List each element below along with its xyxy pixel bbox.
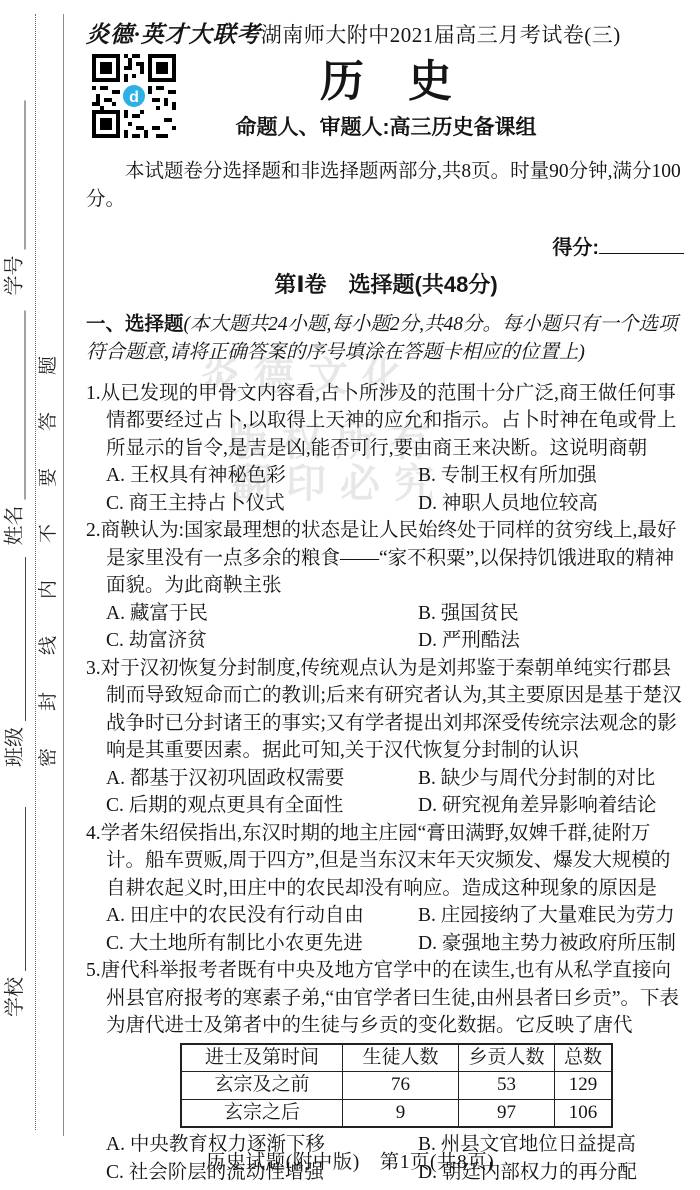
table-header-cell: 总数 — [555, 1044, 613, 1072]
school-field: 学校 — [2, 807, 26, 1017]
exam-notice: 本试题卷分选择题和非选择题两部分,共8页。时量90分钟,满分100分。 — [86, 158, 686, 214]
section-heading: 一、选择题(本大题共24小题,每小题2分,共48分。每小题只有一个选项符合题意,… — [86, 310, 686, 367]
table-cell: 玄宗之后 — [181, 1099, 343, 1127]
question-stem: 1.从已发现的甲骨文内容看,占卜所涉及的范围十分广泛,商王做任何事情都要经过占卜… — [86, 380, 686, 463]
option-c: C. 大土地所有制比小农更先进 — [106, 930, 418, 958]
option-row: A. 王权具有神秘色彩 B. 专制王权有所加强 — [106, 462, 686, 490]
seal-solid-rule — [63, 14, 64, 1136]
table-cell: 97 — [459, 1099, 555, 1127]
table-cell: 53 — [459, 1072, 555, 1100]
student-name-field: 姓名 — [2, 311, 26, 546]
jinshi-data-table: 进士及第时间 生徒人数 乡贡人数 总数 玄宗及之前 76 53 129 玄宗之后… — [180, 1043, 613, 1129]
student-name-label: 姓名 — [4, 506, 26, 546]
question-number: 1. — [86, 383, 101, 404]
question-text: 商鞅认为:国家最理想的状态是让人民始终处于同样的贫穷线上,最好是家里没有一点多余… — [101, 520, 677, 596]
exam-page: 炎德文化 版权所有 翻印必究 学号 姓名 班级 学校 密封线内不要答题 炎德·英… — [0, 0, 700, 1190]
option-c: C. 后期的观点更具有全面性 — [106, 792, 418, 820]
option-d: D. 严刑酷法 — [418, 627, 686, 655]
option-d: D. 研究视角差异影响着结论 — [418, 792, 686, 820]
question-3: 3.对于汉初恢复分封制度,传统观点认为是刘邦鉴于秦朝单纯实行郡县制而导致短命而亡… — [86, 655, 686, 820]
option-a: A. 藏富于民 — [106, 600, 418, 628]
question-stem: 5.唐代科举报考者既有中央及地方官学中的在读生,也有从私学直接向州县官府报考的寒… — [86, 957, 686, 1040]
question-stem: 4.学者朱绍侯指出,东汉时期的地主庄园“膏田满野,奴婢千群,徒附万计。船车贾贩,… — [86, 820, 686, 903]
option-a: A. 王权具有神秘色彩 — [106, 462, 418, 490]
option-row: C. 劫富济贫 D. 严刑酷法 — [106, 627, 686, 655]
exam-header-line: 炎德·英才大联考湖南师大附中2021届高三月考试卷(三) — [86, 16, 686, 49]
question-text: 从已发现的甲骨文内容看,占卜所涉及的范围十分广泛,商王做任何事情都要经过占卜,以… — [101, 383, 677, 459]
question-list: 1.从已发现的甲骨文内容看,占卜所涉及的范围十分广泛,商王做任何事情都要经过占卜… — [86, 380, 686, 1187]
option-row: A. 田庄中的农民没有行动自由 B. 庄园接纳了大量难民为劳力 — [106, 902, 686, 930]
table-header-cell: 生徒人数 — [343, 1044, 459, 1072]
score-blank-line — [599, 235, 684, 254]
option-row: C. 后期的观点更具有全面性 D. 研究视角差异影响着结论 — [106, 792, 686, 820]
table-cell: 76 — [343, 1072, 459, 1100]
school-label: 学校 — [4, 977, 26, 1017]
question-number: 3. — [86, 658, 101, 679]
question-number: 5. — [86, 960, 101, 981]
table-header-cell: 乡贡人数 — [459, 1044, 555, 1072]
option-b: B. 专制王权有所加强 — [418, 462, 686, 490]
option-row: C. 商王主持占卜仪式 D. 神职人员地位较高 — [106, 490, 686, 518]
table-cell: 106 — [555, 1099, 613, 1127]
question-1: 1.从已发现的甲骨文内容看,占卜所涉及的范围十分广泛,商王做任何事情都要经过占卜… — [86, 380, 686, 518]
exam-brand: 炎德·英才大联考 — [86, 22, 261, 47]
question-stem: 2.商鞅认为:国家最理想的状态是让人民始终处于同样的贫穷线上,最好是家里没有一点… — [86, 517, 686, 600]
qr-code-icon: d — [92, 54, 176, 138]
setters-line: 命题人、审题人:高三历史备课组 — [86, 114, 686, 142]
exam-content: 炎德·英才大联考湖南师大附中2021届高三月考试卷(三) — [86, 16, 686, 1186]
score-label: 得分: — [552, 237, 599, 259]
option-group: A. 藏富于民 B. 强国贫民 C. 劫富济贫 D. 严刑酷法 — [86, 600, 686, 655]
option-row: A. 藏富于民 B. 强国贫民 — [106, 600, 686, 628]
question-4: 4.学者朱绍侯指出,东汉时期的地主庄园“膏田满野,奴婢千群,徒附万计。船车贾贩,… — [86, 820, 686, 958]
score-row: 得分: — [86, 234, 686, 262]
class-blank-line — [7, 557, 26, 721]
table-header-cell: 进士及第时间 — [181, 1044, 343, 1072]
school-blank-line — [7, 807, 26, 971]
page-footer: 历史试题(附中版) 第1页(共8页) — [0, 1146, 700, 1174]
question-number: 2. — [86, 520, 101, 541]
table-cell: 9 — [343, 1099, 459, 1127]
question-text: 学者朱绍侯指出,东汉时期的地主庄园“膏田满野,奴婢千群,徒附万计。船车贾贩,周于… — [101, 823, 671, 899]
option-d: D. 豪强地主势力被政府所压制 — [418, 930, 686, 958]
table-cell: 129 — [555, 1072, 613, 1100]
subject-title: 历 史 — [86, 57, 686, 107]
student-id-label: 学号 — [4, 256, 26, 296]
table-cell: 玄宗及之前 — [181, 1072, 343, 1100]
qr-logo-letter: d — [129, 89, 139, 106]
option-c: C. 商王主持占卜仪式 — [106, 490, 418, 518]
option-group: A. 王权具有神秘色彩 B. 专制王权有所加强 C. 商王主持占卜仪式 D. 神… — [86, 462, 686, 517]
option-a: A. 田庄中的农民没有行动自由 — [106, 902, 418, 930]
exam-name: 湖南师大附中2021届高三月考试卷(三) — [261, 23, 621, 47]
question-text: 唐代科举报考者既有中央及地方官学中的在读生,也有从私学直接向州县官府报考的寒素子… — [101, 960, 679, 1036]
option-c: C. 劫富济贫 — [106, 627, 418, 655]
table-row: 玄宗之后 9 97 106 — [181, 1099, 612, 1127]
student-name-blank-line — [7, 311, 26, 500]
question-stem: 3.对于汉初恢复分封制度,传统观点认为是刘邦鉴于秦朝单纯实行郡县制而导致短命而亡… — [86, 655, 686, 765]
option-b: B. 庄园接纳了大量难民为劳力 — [418, 902, 686, 930]
part1-title: 第Ⅰ卷 选择题(共48分) — [86, 270, 686, 300]
question-number: 4. — [86, 823, 101, 844]
table-row: 玄宗及之前 76 53 129 — [181, 1072, 612, 1100]
table-header-row: 进士及第时间 生徒人数 乡贡人数 总数 — [181, 1044, 612, 1072]
option-a: A. 都基于汉初巩固政权需要 — [106, 765, 418, 793]
option-row: C. 大土地所有制比小农更先进 D. 豪强地主势力被政府所压制 — [106, 930, 686, 958]
seal-dotted-rule — [35, 14, 36, 1130]
option-group: A. 田庄中的农民没有行动自由 B. 庄园接纳了大量难民为劳力 C. 大土地所有… — [86, 902, 686, 957]
option-row: A. 都基于汉初巩固政权需要 B. 缺少与周代分封制的对比 — [106, 765, 686, 793]
question-text: 对于汉初恢复分封制度,传统观点认为是刘邦鉴于秦朝单纯实行郡县制而导致短命而亡的教… — [101, 658, 682, 762]
student-id-blank-line — [7, 101, 26, 250]
option-b: B. 强国贫民 — [418, 600, 686, 628]
option-b: B. 缺少与周代分封制的对比 — [418, 765, 686, 793]
option-d: D. 神职人员地位较高 — [418, 490, 686, 518]
section-number: 一、选择题 — [86, 313, 184, 335]
class-label: 班级 — [4, 727, 26, 767]
seal-line-text: 密封线内不要答题 — [37, 317, 61, 767]
student-id-field: 学号 — [2, 101, 26, 296]
class-field: 班级 — [2, 557, 26, 767]
option-group: A. 都基于汉初巩固政权需要 B. 缺少与周代分封制的对比 C. 后期的观点更具… — [86, 765, 686, 820]
question-2: 2.商鞅认为:国家最理想的状态是让人民始终处于同样的贫穷线上,最好是家里没有一点… — [86, 517, 686, 655]
